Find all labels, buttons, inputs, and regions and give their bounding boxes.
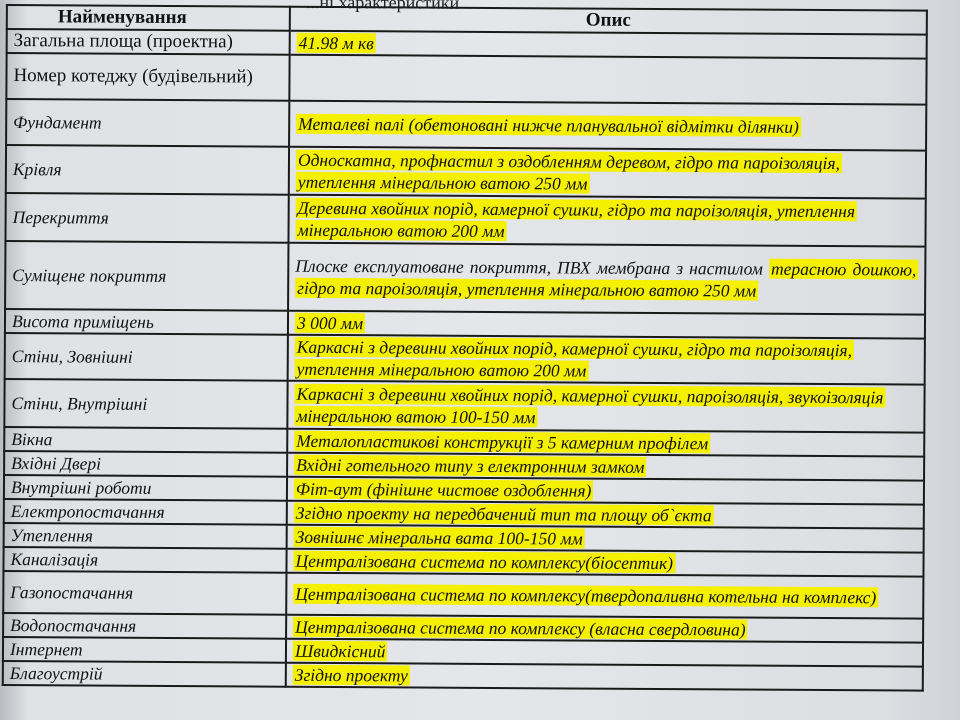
row-description: Каркасні з деревини хвойних порід, камер… (288, 335, 925, 385)
row-name: Утеплення (4, 523, 287, 549)
description-text: Згідно проекту (293, 665, 410, 686)
row-description: Односкатна, профнастил з оздобленням дер… (289, 147, 926, 199)
row-description: Плоске експлуатоване покриття, ПВХ мембр… (288, 243, 925, 315)
description-text: Металопластикові конструкції з 5 камерни… (294, 431, 710, 454)
row-description: Каркасні з деревини хвойних порід, камер… (287, 381, 924, 433)
header-name: Найменування (7, 5, 290, 31)
row-name: Суміщене покриття (5, 241, 288, 311)
row-name: Газопостачання (3, 571, 286, 615)
description-text: Металеві палі (обетоновані нижче планува… (296, 114, 801, 137)
row-name: Номер котеджу (будівельний) (6, 53, 289, 101)
table-row: БлагоустрійЗгідно проекту (3, 661, 923, 691)
description-text: Зовнішнє мінеральна вата 100-150 мм (294, 527, 585, 549)
row-description: Централізована система по комплексу(твер… (286, 573, 923, 619)
description-text: 3 000 мм (295, 313, 365, 333)
table-row: ГазопостачанняЦентралізована система по … (3, 571, 923, 619)
table-row: ПерекриттяДеревина хвойних порід, камерн… (5, 193, 925, 247)
table-row: КрівляОдноскатна, профнастил з оздобленн… (6, 145, 926, 199)
description-text: Централізована система по комплексу(біос… (293, 551, 675, 573)
table-row: ФундаментМеталеві палі (обетоновані нижч… (6, 99, 926, 151)
description-text: Деревина хвойних порід, камерної сушки, … (295, 198, 857, 241)
description-text: Централізована система по комплексу(твер… (293, 584, 878, 608)
row-name: Стіни, Внутрішні (4, 379, 287, 429)
row-name: Інтернет (3, 637, 286, 663)
description-text: Згідно проекту на передбачений тип та пл… (294, 503, 714, 526)
specifications-table: Найменування Опис Загальна площа (проект… (2, 4, 928, 692)
row-name: Внутрішні роботи (4, 475, 287, 501)
description-text: Вхідні готельного типу з електронним зам… (294, 455, 646, 477)
description-text: Каркасні з деревини хвойних порід, камер… (294, 384, 885, 427)
description-text: Односкатна, профнастил з оздобленням дер… (296, 150, 842, 194)
row-name: Крівля (6, 145, 289, 195)
row-name: Каналізація (3, 547, 286, 573)
description-plain-text: Плоске експлуатоване покриття, ПВХ мембр… (295, 256, 769, 279)
row-name: Загальна площа (проектна) (7, 29, 290, 55)
row-name: Висота приміщень (5, 309, 288, 335)
row-name: Вхідні Двері (4, 451, 287, 477)
table-row: Суміщене покриттяПлоске експлуатоване по… (5, 241, 925, 315)
table-row: Стіни, ЗовнішніКаркасні з деревини хвойн… (5, 333, 925, 385)
row-name: Стіни, Зовнішні (5, 333, 288, 381)
row-name: Водопостачання (3, 613, 286, 639)
table-row: Номер котеджу (будівельний) (6, 53, 926, 105)
row-description: Згідно проекту (286, 663, 923, 691)
description-text: Централізована система по комплексу (вла… (293, 617, 748, 640)
row-name: Фундамент (6, 99, 289, 147)
table-row: Стіни, ВнутрішніКаркасні з деревини хвой… (4, 379, 924, 433)
description-text: 41.98 м кв (297, 33, 376, 53)
row-name: Електропостачання (4, 499, 287, 525)
description-text: Швидкісний (293, 641, 388, 662)
row-description (289, 55, 926, 105)
row-description: Металеві палі (обетоновані нижче планува… (289, 101, 926, 151)
row-name: Благоустрій (3, 661, 286, 687)
row-description: Деревина хвойних порід, камерної сушки, … (288, 195, 925, 247)
description-text: Фіт-аут (фінішне чистове оздоблення) (294, 479, 594, 501)
row-name: Вікна (4, 427, 287, 453)
description-text: Каркасні з деревини хвойних порід, камер… (295, 337, 854, 381)
row-name: Перекриття (5, 193, 288, 243)
